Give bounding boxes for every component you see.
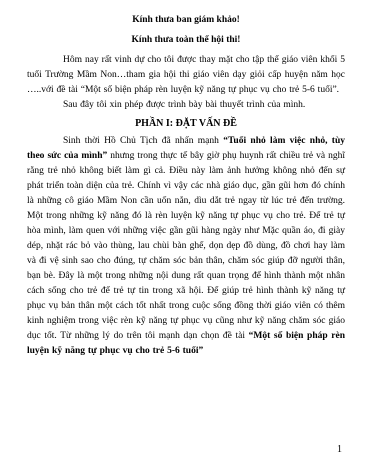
- text-segment: Sinh thời Hồ Chủ Tịch đã nhấn mạnh: [63, 136, 223, 146]
- text-segment: nhưng trong thực tế bây giờ phụ huynh rấ…: [27, 151, 345, 341]
- section-heading-part-1: PHẦN I: ĐẶT VẤN ĐỀ: [27, 116, 345, 131]
- page-number: 1: [337, 444, 342, 456]
- paragraph-body: Sinh thời Hồ Chủ Tịch đã nhấn mạnh “Tuổi…: [27, 134, 345, 359]
- paragraph-introduction: Hôm nay rất vinh dự cho tôi được thay mặ…: [27, 53, 345, 98]
- paragraph-transition: Sau đây tôi xin phép được trình bày bài …: [27, 98, 345, 113]
- document-page: Kính thưa ban giám khảo! Kính thưa toàn …: [0, 0, 366, 473]
- salutation-line-2: Kính thưa toàn thể hội thi!: [27, 33, 345, 48]
- document-content: Kính thưa ban giám khảo! Kính thưa toàn …: [27, 13, 345, 359]
- text-segment: Hôm nay rất vinh dự cho tôi được thay mặ…: [27, 55, 345, 95]
- salutation-line-1: Kính thưa ban giám khảo!: [27, 13, 345, 28]
